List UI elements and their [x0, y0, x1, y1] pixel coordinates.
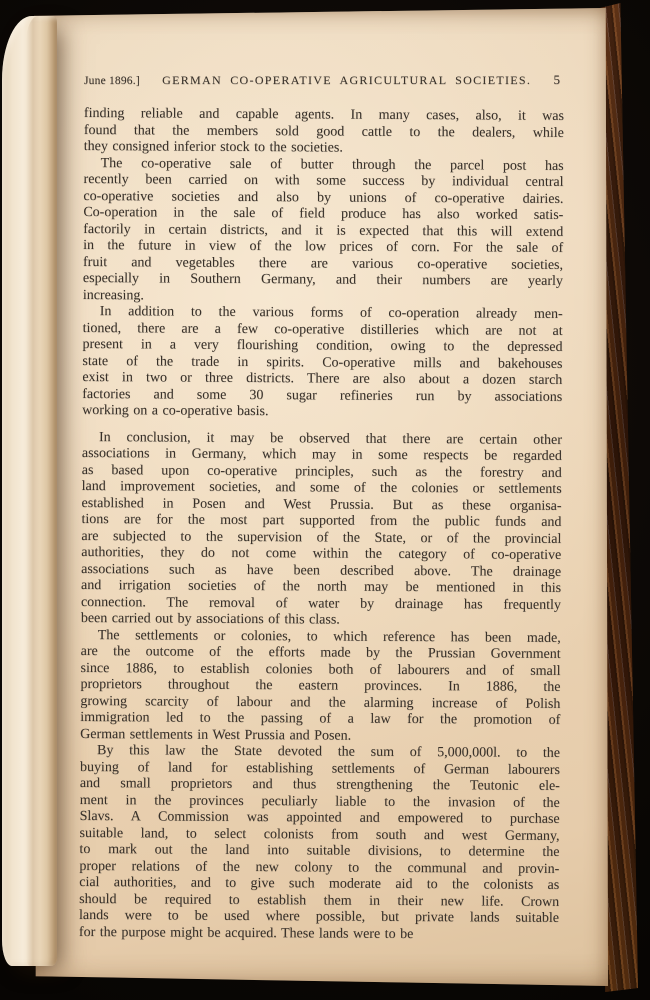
- text-line: for the purpose might be acquired. These…: [79, 924, 559, 943]
- text-line: working on a co-operative basis.: [82, 403, 562, 422]
- paragraph: finding reliable and capable agents. In …: [84, 106, 564, 158]
- page-body: finding reliable and capable agents. In …: [79, 106, 564, 944]
- paragraph: By this law the State devoted the sum of…: [79, 743, 560, 944]
- text-line: especially in Southern Germany, and thei…: [83, 271, 563, 290]
- photo-background: June 1896.] GERMAN CO-OPERATIVE AGRICULT…: [0, 0, 650, 1000]
- book-page: June 1896.] GERMAN CO-OPERATIVE AGRICULT…: [34, 8, 608, 986]
- header-date: June 1896.]: [84, 74, 140, 89]
- paragraph: In addition to the various forms of co-o…: [82, 304, 563, 422]
- paragraph: The settlements or colonies, to which re…: [80, 627, 561, 745]
- running-header: June 1896.] GERMAN CO-OPERATIVE AGRICULT…: [84, 72, 564, 89]
- header-title: GERMAN CO-OPERATIVE AGRICULTURAL SOCIETI…: [140, 73, 554, 88]
- page-number: 5: [554, 72, 561, 87]
- paragraph: In conclusion, it may be observed that t…: [81, 429, 562, 630]
- paragraph: The co-operative sale of butter through …: [83, 155, 564, 306]
- page-content: June 1896.] GERMAN CO-OPERATIVE AGRICULT…: [84, 72, 564, 941]
- page-curl-edges: [2, 16, 57, 966]
